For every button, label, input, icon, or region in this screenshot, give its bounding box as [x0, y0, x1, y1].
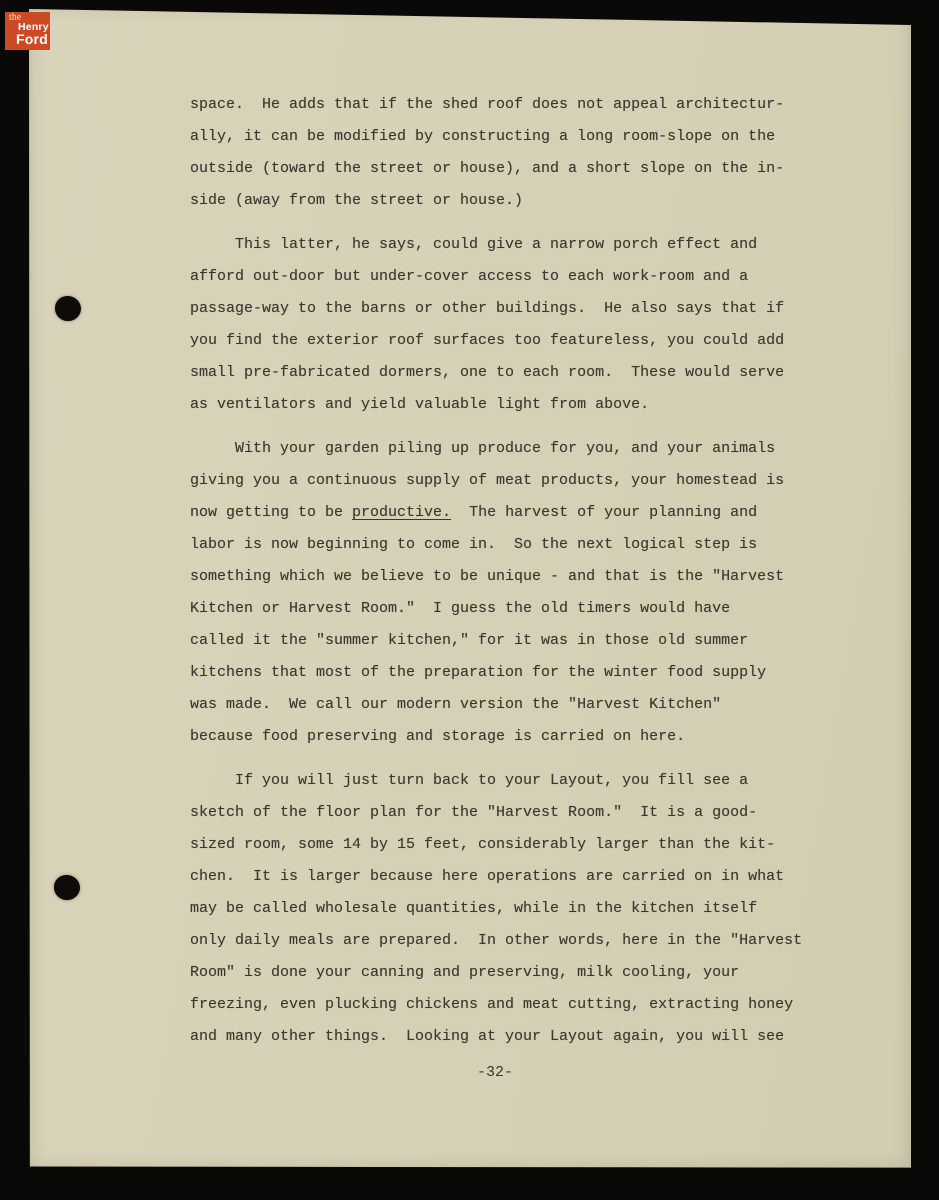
text-line: outside (toward the street or house), an… [190, 153, 830, 185]
text-line: only daily meals are prepared. In other … [190, 925, 830, 957]
text-line: you find the exterior roof surfaces too … [190, 325, 830, 357]
text-line: side (away from the street or house.) [190, 185, 830, 217]
text-line: Kitchen or Harvest Room." I guess the ol… [190, 593, 830, 625]
text-line: freezing, even plucking chickens and mea… [190, 989, 830, 1021]
text-line: called it the "summer kitchen," for it w… [190, 625, 830, 657]
punch-hole-top [55, 296, 81, 321]
text-line: sketch of the floor plan for the "Harves… [190, 797, 830, 829]
text-line: giving you a continuous supply of meat p… [190, 465, 830, 497]
text-line: as ventilators and yield valuable light … [190, 389, 830, 421]
document-page: space. He adds that if the shed roof doe… [29, 4, 911, 1170]
text-line: sized room, some 14 by 15 feet, consider… [190, 829, 830, 861]
text-line: chen. It is larger because here operatio… [190, 861, 830, 893]
text-line: was made. We call our modern version the… [190, 689, 830, 721]
text-line: This latter, he says, could give a narro… [190, 229, 830, 261]
text-line: small pre-fabricated dormers, one to eac… [190, 357, 830, 389]
text-line: kitchens that most of the preparation fo… [190, 657, 830, 689]
text-line: If you will just turn back to your Layou… [190, 765, 830, 797]
paragraph: This latter, he says, could give a narro… [190, 229, 830, 421]
text-line: passage-way to the barns or other buildi… [190, 293, 830, 325]
logo-text-ford: Ford [16, 31, 48, 47]
paragraph: If you will just turn back to your Layou… [190, 765, 830, 1053]
text-line: ally, it can be modified by constructing… [190, 121, 830, 153]
scan-background: space. He adds that if the shed roof doe… [0, 0, 939, 1200]
text-line: because food preserving and storage is c… [190, 721, 830, 753]
punch-hole-bottom [54, 875, 80, 900]
text-line: may be called wholesale quantities, whil… [190, 893, 830, 925]
text-line: and many other things. Looking at your L… [190, 1021, 830, 1053]
text-line: Room" is done your canning and preservin… [190, 957, 830, 989]
paragraph: With your garden piling up produce for y… [190, 433, 830, 753]
page-number: -32- [190, 1064, 800, 1081]
henry-ford-logo: the Henry Ford [5, 12, 50, 50]
text-line: afford out-door but under-cover access t… [190, 261, 830, 293]
paragraph: space. He adds that if the shed roof doe… [190, 89, 830, 217]
text-line: labor is now beginning to come in. So th… [190, 529, 830, 561]
typewritten-text: space. He adds that if the shed roof doe… [190, 89, 830, 1053]
text-line: space. He adds that if the shed roof doe… [190, 89, 830, 121]
text-line: something which we believe to be unique … [190, 561, 830, 593]
text-line: now getting to be productive. The harves… [190, 497, 830, 529]
text-line: With your garden piling up produce for y… [190, 433, 830, 465]
